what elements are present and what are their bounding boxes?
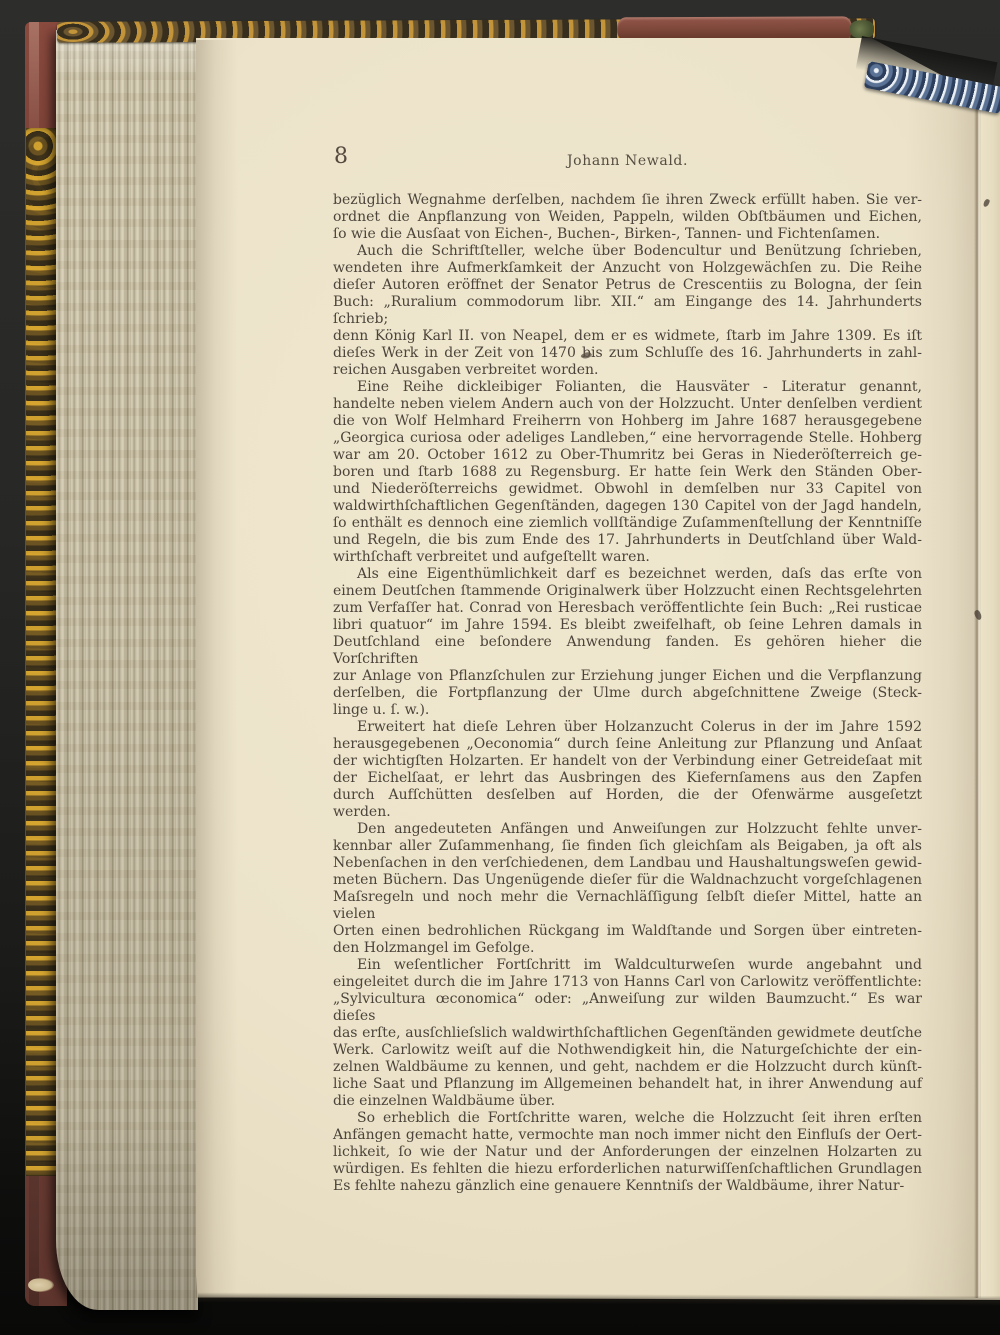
text-line: Eine Reihe dickleibiger Folianten, die H… (333, 379, 922, 396)
text-line: durch Aufſchütten desſelben auf Horden, … (333, 787, 922, 804)
text-line: Orten einen bedrohlichen Rückgang im Wal… (333, 923, 922, 940)
text-line: derſelben, die Fortpflanzung der Ulme du… (333, 685, 922, 702)
text-line: zur Anlage von Pflanzſchulen zur Erziehu… (333, 668, 922, 685)
page-bottom-shadow (198, 1292, 1000, 1305)
text-line: der Eichelſaat, er lehrt das Ausbringen … (333, 770, 922, 787)
text-line: So erheblich die Fortſchritte waren, wel… (333, 1110, 922, 1127)
book-scan: 8 Johann Newald. bezüglich Wegnahme derſ… (0, 0, 1000, 1335)
text-line: boren und ſtarb 1688 zu Regensburg. Er h… (333, 464, 922, 481)
text-line: Deutſchland eine beſondere Anwendung fan… (333, 634, 922, 668)
gutter-crease (974, 104, 981, 1298)
text-line: lichkeit, ſo wie der Natur und der Anfor… (333, 1144, 922, 1161)
running-title: Johann Newald. (333, 153, 922, 169)
text-line: ſo wie die Ausſaat von Eichen-, Buchen-,… (333, 226, 922, 243)
text-line: dieſes Werk in der Zeit von 1470 bis zum… (333, 345, 922, 362)
text-line: wendeten ihre Aufmerkſamkeit der Anzucht… (333, 260, 922, 277)
text-line: und Niederöſterreichs gewidmet. Obwohl i… (333, 481, 922, 498)
text-line: Anfängen gemacht hatte, vermochte man no… (333, 1127, 922, 1144)
text-line: ordnet die Anpflanzung von Weiden, Pappe… (333, 209, 922, 226)
text-line: „Georgica curiosa oder adeliges Landlebe… (333, 430, 922, 447)
text-block: bezüglich Wegnahme derſelben, nachdem ſi… (333, 192, 922, 1195)
marble-fleck (850, 20, 874, 38)
text-line: Den angedeuteten Anfängen und Anweiſunge… (333, 821, 922, 838)
fanned-page-edges (56, 30, 198, 1310)
text-line: einem Deutſchen ſtammende Originalwerk ü… (333, 583, 922, 600)
text-line: werden. (333, 804, 922, 821)
text-line: libri quatuor“ im Jahre 1594. Es bleibt … (333, 617, 922, 634)
paragraph: Ein weſentlicher Fortſchritt im Waldcult… (333, 957, 922, 1110)
worn-leather-corner (28, 1278, 54, 1292)
paragraph: Den angedeuteten Anfängen und Anweiſunge… (333, 821, 922, 957)
text-line: kennbar aller Zuſammenhang, ſie finden ſ… (333, 838, 922, 855)
paragraph: bezüglich Wegnahme derſelben, nachdem ſi… (333, 192, 922, 243)
text-line: Ein weſentlicher Fortſchritt im Waldcult… (333, 957, 922, 974)
text-line: linge u. ſ. w.). (333, 702, 922, 719)
text-line: würdigen. Es fehlten die hiezu erforderl… (333, 1161, 922, 1178)
text-line: eingeleitet durch die im Jahre 1713 von … (333, 974, 922, 991)
text-line: ſo enthält es dennoch eine ziemlich voll… (333, 515, 922, 532)
text-line: Maſsregeln und noch mehr die Vernachläſſ… (333, 889, 922, 923)
text-line: die von Wolf Helmhard Freiherrn von Hohb… (333, 413, 922, 430)
paragraph: Erweitert hat dieſe Lehren über Holzanzu… (333, 719, 922, 821)
paragraph: Auch die Schriftſteller, welche über Bod… (333, 243, 922, 379)
text-line: der wichtigſten Holzarten. Er handelt vo… (333, 753, 922, 770)
text-line: meten Büchern. Das Ungenügende dieſer fü… (333, 872, 922, 889)
text-line: herausgegebenen „Oeconomia“ durch ſeine … (333, 736, 922, 753)
text-line: Nebenſachen in den verſchiedenen, dem La… (333, 855, 922, 872)
text-line: reichen Ausgaben verbreitet worden. (333, 362, 922, 379)
text-line: zum Verfaſſer hat. Conrad von Heresbach … (333, 600, 922, 617)
text-line: und Regeln, die bis zum Ende des 17. Jah… (333, 532, 922, 549)
text-line: handelte neben vielem Andern auch von de… (333, 396, 922, 413)
facing-page-sliver (981, 106, 1000, 1298)
text-line: Erweitert hat dieſe Lehren über Holzanzu… (333, 719, 922, 736)
text-line: den Holzmangel im Gefolge. (333, 940, 922, 957)
text-line: denn König Karl II. von Neapel, dem er e… (333, 328, 922, 345)
text-line: liche Saat und Pflanzung im Allgemeinen … (333, 1076, 922, 1093)
text-line: bezüglich Wegnahme derſelben, nachdem ſi… (333, 192, 922, 209)
text-line: war am 20. October 1612 zu Ober-Thumritz… (333, 447, 922, 464)
text-line: Buch: „Ruralium commodorum libr. XII.“ a… (333, 294, 922, 328)
text-line: waldwirthſchaftlichen Gegenſtänden, dage… (333, 498, 922, 515)
leather-head-segment (617, 16, 852, 41)
paragraph: So erheblich die Fortſchritte waren, wel… (333, 1110, 922, 1195)
text-line: Es fehlte nahezu gänzlich eine genauere … (333, 1178, 922, 1195)
paragraph: Eine Reihe dickleibiger Folianten, die H… (333, 379, 922, 566)
text-line: Auch die Schriftſteller, welche über Bod… (333, 243, 922, 260)
text-line: Werk. Carlowitz weiſt auf die Nothwendig… (333, 1042, 922, 1059)
text-line: zelnen Waldbäume zu kennen, und geht, na… (333, 1059, 922, 1076)
paragraph: Als eine Eigenthümlichkeit darf es bezei… (333, 566, 922, 719)
text-line: das erſte, ausſchlieſslich waldwirthſcha… (333, 1025, 922, 1042)
text-line: wirthſchaft verbreitet und aufgeſtellt w… (333, 549, 922, 566)
text-line: die einzelnen Waldbäume über. (333, 1093, 922, 1110)
text-line: dieſer Autoren eröffnet der Senator Petr… (333, 277, 922, 294)
text-line: Als eine Eigenthümlichkeit darf es bezei… (333, 566, 922, 583)
text-line: „Sylvicultura œconomica“ oder: „Anweiſun… (333, 991, 922, 1025)
